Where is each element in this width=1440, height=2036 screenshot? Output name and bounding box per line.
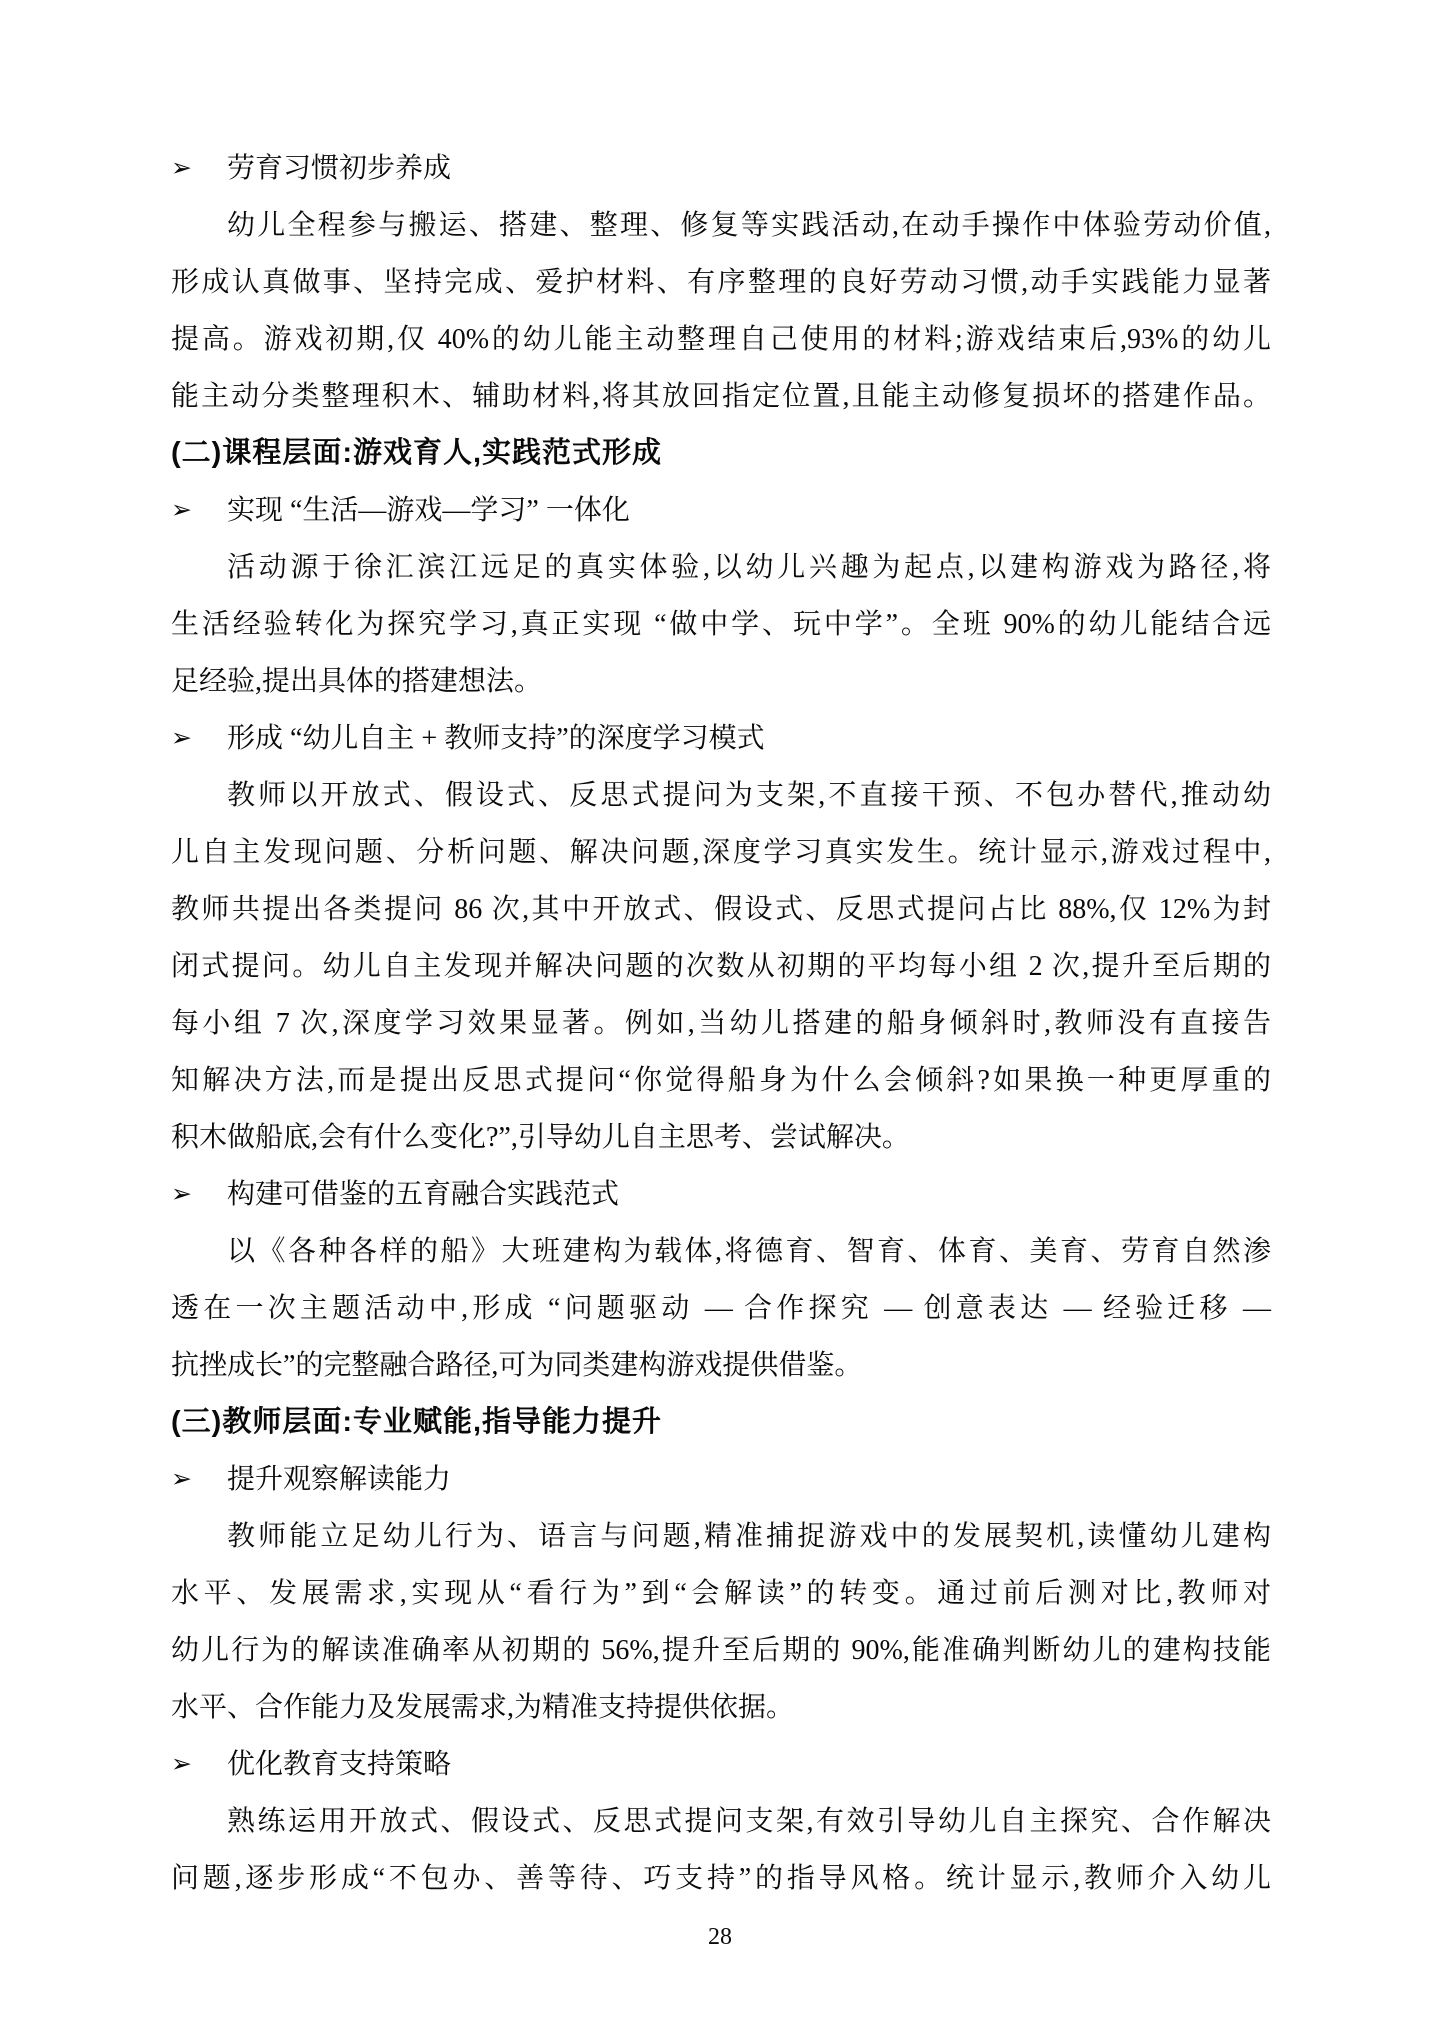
bullet-item: ➢优化教育支持策略 [171, 1736, 1271, 1793]
paragraph-line: 形成认真做事、坚持完成、爱护材料、有序整理的良好劳动习惯,动手实践能力显著 [171, 254, 1271, 311]
paragraph-line: 透在一次主题活动中,形成 “问题驱动 — 合作探究 — 创意表达 — 经验迁移 … [171, 1280, 1271, 1337]
arrow-bullet-icon: ➢ [171, 1451, 227, 1508]
bullet-text: 提升观察解读能力 [227, 1451, 451, 1508]
paragraph-line: 儿自主发现问题、分析问题、解决问题,深度学习真实发生。统计显示,游戏过程中, [171, 824, 1271, 881]
arrow-bullet-icon: ➢ [171, 1166, 227, 1223]
arrow-bullet-icon: ➢ [171, 710, 227, 767]
paragraph-line: 积木做船底,会有什么变化?”,引导幼儿自主思考、尝试解决。 [171, 1109, 1271, 1166]
page-footer: 28 [0, 1922, 1440, 1952]
bullet-item: ➢形成 “幼儿自主 + 教师支持”的深度学习模式 [171, 710, 1271, 767]
document-content: ➢劳育习惯初步养成幼儿全程参与搬运、搭建、整理、修复等实践活动,在动手操作中体验… [171, 140, 1271, 1907]
paragraph-line: 足经验,提出具体的搭建想法。 [171, 653, 1271, 710]
bullet-item: ➢实现 “生活—游戏—学习” 一体化 [171, 482, 1271, 539]
bullet-text: 形成 “幼儿自主 + 教师支持”的深度学习模式 [227, 710, 765, 767]
bullet-item: ➢构建可借鉴的五育融合实践范式 [171, 1166, 1271, 1223]
paragraph-line: 教师共提出各类提问 86 次,其中开放式、假设式、反思式提问占比 88%,仅 1… [171, 881, 1271, 938]
paragraph-line: 熟练运用开放式、假设式、反思式提问支架,有效引导幼儿自主探究、合作解决 [171, 1793, 1271, 1850]
paragraph-line: 抗挫成长”的完整融合路径,可为同类建构游戏提供借鉴。 [171, 1337, 1271, 1394]
arrow-bullet-icon: ➢ [171, 140, 227, 197]
paragraph-line: 知解决方法,而是提出反思式提问“你觉得船身为什么会倾斜?如果换一种更厚重的 [171, 1052, 1271, 1109]
bullet-text: 劳育习惯初步养成 [227, 140, 451, 197]
bullet-text: 优化教育支持策略 [227, 1736, 451, 1793]
paragraph-line: 以《各种各样的船》大班建构为载体,将德育、智育、体育、美育、劳育自然渗 [171, 1223, 1271, 1280]
paragraph-line: 能主动分类整理积木、辅助材料,将其放回指定位置,且能主动修复损坏的搭建作品。 [171, 368, 1271, 425]
bullet-item: ➢提升观察解读能力 [171, 1451, 1271, 1508]
paragraph-line: 提高。游戏初期,仅 40%的幼儿能主动整理自己使用的材料;游戏结束后,93%的幼… [171, 311, 1271, 368]
paragraph-line: 活动源于徐汇滨江远足的真实体验,以幼儿兴趣为起点,以建构游戏为路径,将 [171, 539, 1271, 596]
paragraph-line: 问题,逐步形成“不包办、善等待、巧支持”的指导风格。统计显示,教师介入幼儿 [171, 1850, 1271, 1907]
paragraph-line: 教师以开放式、假设式、反思式提问为支架,不直接干预、不包办替代,推动幼 [171, 767, 1271, 824]
paragraph-line: 生活经验转化为探究学习,真正实现 “做中学、玩中学”。全班 90%的幼儿能结合远 [171, 596, 1271, 653]
paragraph-line: 幼儿行为的解读准确率从初期的 56%,提升至后期的 90%,能准确判断幼儿的建构… [171, 1622, 1271, 1679]
document-page: ➢劳育习惯初步养成幼儿全程参与搬运、搭建、整理、修复等实践活动,在动手操作中体验… [0, 0, 1440, 2036]
paragraph-line: 教师能立足幼儿行为、语言与问题,精准捕捉游戏中的发展契机,读懂幼儿建构 [171, 1508, 1271, 1565]
bullet-text: 构建可借鉴的五育融合实践范式 [227, 1166, 619, 1223]
paragraph-line: 幼儿全程参与搬运、搭建、整理、修复等实践活动,在动手操作中体验劳动价值, [171, 197, 1271, 254]
paragraph-line: 闭式提问。幼儿自主发现并解决问题的次数从初期的平均每小组 2 次,提升至后期的 [171, 938, 1271, 995]
section-heading: (三)教师层面:专业赋能,指导能力提升 [171, 1394, 1271, 1451]
paragraph-line: 水平、发展需求,实现从“看行为”到“会解读”的转变。通过前后测对比,教师对 [171, 1565, 1271, 1622]
arrow-bullet-icon: ➢ [171, 482, 227, 539]
section-heading: (二)课程层面:游戏育人,实践范式形成 [171, 425, 1271, 482]
page-number: 28 [708, 1924, 732, 1950]
paragraph-line: 水平、合作能力及发展需求,为精准支持提供依据。 [171, 1679, 1271, 1736]
bullet-item: ➢劳育习惯初步养成 [171, 140, 1271, 197]
paragraph-line: 每小组 7 次,深度学习效果显著。例如,当幼儿搭建的船身倾斜时,教师没有直接告 [171, 995, 1271, 1052]
arrow-bullet-icon: ➢ [171, 1736, 227, 1793]
bullet-text: 实现 “生活—游戏—学习” 一体化 [227, 482, 630, 539]
